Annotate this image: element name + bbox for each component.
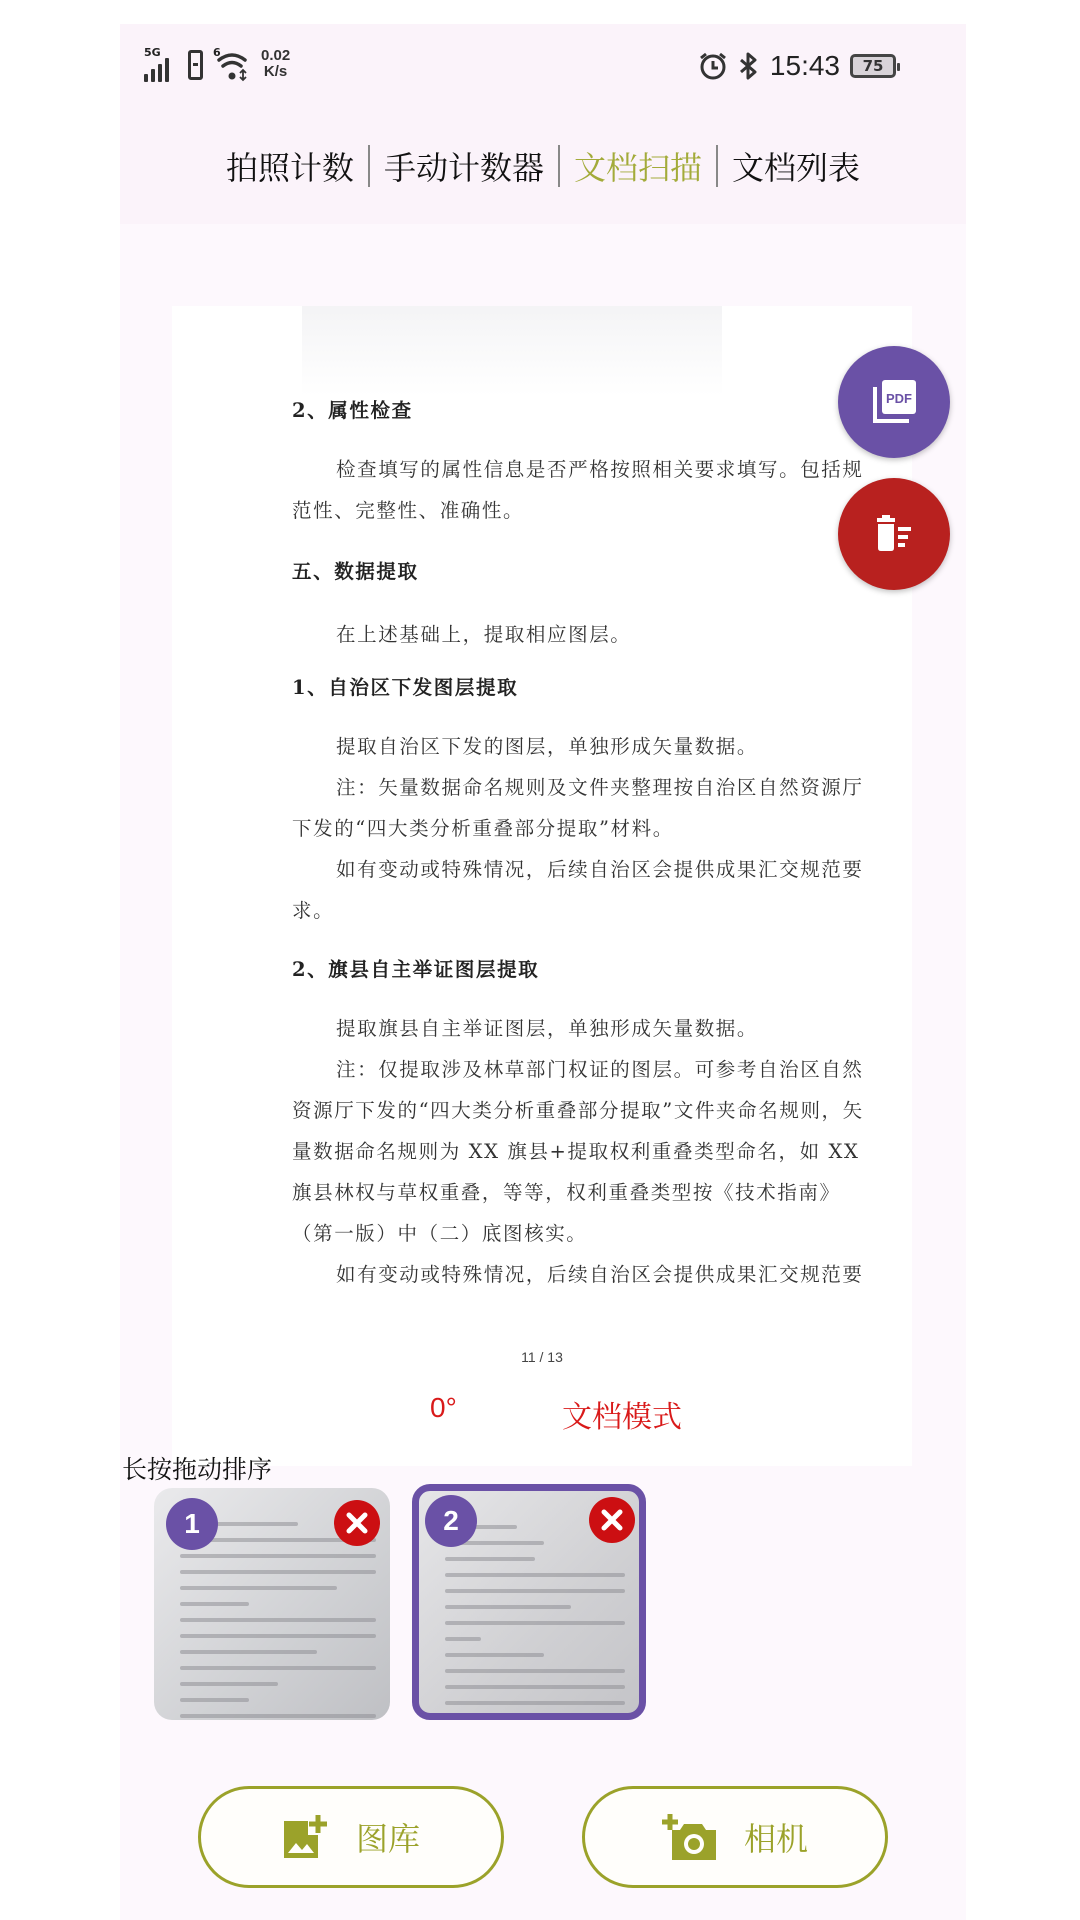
add-photo-icon bbox=[282, 1813, 330, 1861]
camera-button[interactable]: 相机 bbox=[582, 1786, 888, 1888]
sim-card-icon bbox=[188, 50, 203, 80]
export-pdf-button[interactable]: PDF bbox=[838, 346, 950, 458]
bluetooth-icon bbox=[738, 51, 760, 81]
doc-paragraph: 提取自治区下发的图层，单独形成矢量数据。 bbox=[292, 726, 872, 767]
cellular-signal-icon: 5G bbox=[144, 48, 178, 82]
add-camera-icon bbox=[662, 1812, 718, 1862]
network-speed: 0.02 K/s bbox=[261, 48, 290, 80]
doc-heading: 1、自治区下发图层提取 bbox=[292, 667, 872, 708]
page-thumbnail-1[interactable]: 1 bbox=[154, 1488, 390, 1720]
remove-page-button[interactable] bbox=[589, 1497, 635, 1543]
doc-paragraph: 如有变动或特殊情况，后续自治区会提供成果汇交规范要求。 bbox=[292, 849, 872, 931]
document-preview[interactable]: 2、属性检查 检查填写的属性信息是否严格按照相关要求填写。包括规范性、完整性、准… bbox=[172, 306, 912, 1466]
tab-photo-count[interactable]: 拍照计数 bbox=[212, 143, 368, 189]
pdf-icon: PDF bbox=[869, 377, 919, 427]
delete-sweep-icon bbox=[869, 509, 919, 559]
remove-page-button[interactable] bbox=[334, 1500, 380, 1546]
close-icon bbox=[599, 1507, 625, 1533]
wifi-icon: 6 bbox=[213, 48, 251, 82]
page-number-badge: 1 bbox=[166, 1498, 218, 1550]
doc-paragraph: 注：仅提取涉及林草部门权证的图层。可参考自治区自然资源厅下发的“四大类分析重叠部… bbox=[292, 1049, 872, 1254]
app-root: 5G 6 0.02 K/s bbox=[120, 24, 966, 1920]
doc-heading: 2、旗县自主举证图层提取 bbox=[292, 949, 872, 990]
page-number-badge: 2 bbox=[425, 1495, 477, 1547]
alarm-icon bbox=[698, 51, 728, 81]
page-thumbnail-2[interactable]: 2 bbox=[412, 1484, 646, 1720]
status-bar: 5G 6 0.02 K/s bbox=[120, 44, 966, 94]
doc-paragraph: 提取旗县自主举证图层，单独形成矢量数据。 bbox=[292, 1008, 872, 1049]
top-bar: 5G 6 0.02 K/s bbox=[120, 24, 966, 224]
drag-sort-hint: 长按拖动排序 bbox=[122, 1450, 272, 1486]
delete-all-button[interactable] bbox=[838, 478, 950, 590]
camera-label: 相机 bbox=[744, 1814, 808, 1860]
tab-manual-counter[interactable]: 手动计数器 bbox=[370, 143, 558, 189]
rotation-angle[interactable]: 0° bbox=[430, 1392, 457, 1424]
doc-heading: 五、数据提取 bbox=[292, 551, 872, 592]
close-icon bbox=[344, 1510, 370, 1536]
page-indicator: 11 / 13 bbox=[172, 1349, 912, 1365]
tab-document-scan[interactable]: 文档扫描 bbox=[560, 143, 716, 189]
document-text: 2、属性检查 检查填写的属性信息是否严格按照相关要求填写。包括规范性、完整性、准… bbox=[292, 384, 872, 1295]
scan-mode-toggle[interactable]: 文档模式 bbox=[562, 1392, 682, 1436]
doc-paragraph: 在上述基础上，提取相应图层。 bbox=[292, 614, 872, 655]
tab-bar: 拍照计数 手动计数器 文档扫描 文档列表 bbox=[120, 136, 966, 196]
svg-text:PDF: PDF bbox=[886, 391, 912, 406]
gallery-label: 图库 bbox=[356, 1814, 420, 1860]
doc-paragraph: 注：矢量数据命名规则及文件夹整理按自治区自然资源厅下发的“四大类分析重叠部分提取… bbox=[292, 767, 872, 849]
clock: 15:43 bbox=[770, 50, 840, 82]
doc-heading: 2、属性检查 bbox=[292, 390, 872, 431]
doc-paragraph: 检查填写的属性信息是否严格按照相关要求填写。包括规范性、完整性、准确性。 bbox=[292, 449, 872, 531]
battery-icon: 75 bbox=[850, 54, 896, 78]
doc-paragraph: 如有变动或特殊情况，后续自治区会提供成果汇交规范要 bbox=[292, 1254, 872, 1295]
gallery-button[interactable]: 图库 bbox=[198, 1786, 504, 1888]
tab-document-list[interactable]: 文档列表 bbox=[718, 143, 874, 189]
